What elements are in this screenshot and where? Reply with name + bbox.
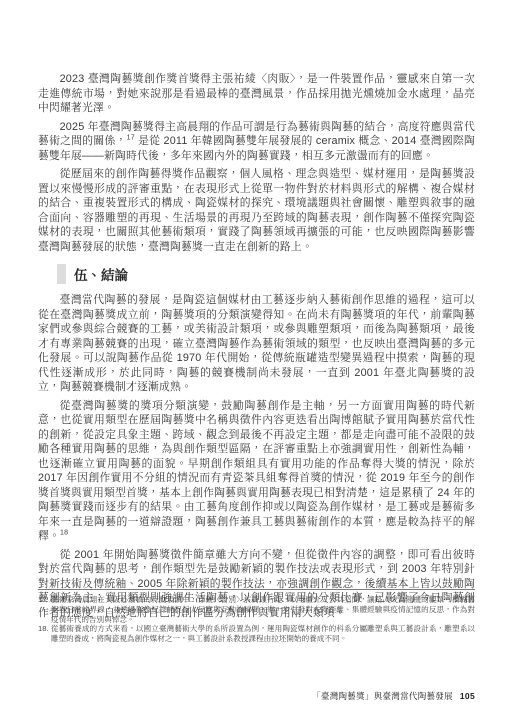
footnote-text: 從藝術養成的方式來看，以國立臺灣藝術大學的系所設置為例，運用陶瓷媒材創作的科系分… xyxy=(51,624,475,644)
body-text-area: 2023 臺灣陶藝獎創作獎首獎得主張祐綾〈肉販〉，是一件裝置作品，靈感來自第一次… xyxy=(38,72,475,624)
heading-marker-bar xyxy=(57,264,66,284)
section-heading-text: 伍、結論 xyxy=(74,264,128,284)
footnote-separator xyxy=(38,589,475,590)
paragraph-1: 2023 臺灣陶藝獎創作獎首獎得主張祐綾〈肉販〉，是一件裝置作品，靈感來自第一次… xyxy=(38,72,475,116)
running-title: 「臺灣陶藝獎」與臺灣當代陶藝發展 xyxy=(312,691,453,701)
footnote-18: 18. 從藝術養成的方式來看，以國立臺灣藝術大學的系所設置為例，運用陶瓷媒材創作… xyxy=(38,624,475,644)
page-number: 105 xyxy=(460,691,475,701)
footnote-text: 藝術家高晨翔在大阪心齋橋的行動表演中，穿戴〈告別〉於街頭行走，以身體介入公共空間… xyxy=(51,595,475,624)
footnote-number: 17. xyxy=(38,595,51,624)
footnote-ref-18: 18 xyxy=(60,529,68,536)
paragraph-2: 2025 年臺灣陶藝獎得主高晨翔的作品可謂是行為藝術與陶藝的結合，高度符應與當代… xyxy=(38,120,475,164)
paragraph-4: 臺灣當代陶藝的發展，是陶瓷這個媒材由工藝逐步納入藝術創作思維的過程，這可以從在臺… xyxy=(38,293,475,395)
document-page: 2023 臺灣陶藝獎創作獎首獎得主張祐綾〈肉販〉，是一件裝置作品，靈感來自第一次… xyxy=(0,0,512,724)
paragraph-3: 從歷屆來的創作陶藝得獎作品觀察，個人風格、理念與造型、媒材運用，是陶藝獎設置以來… xyxy=(38,167,475,254)
section-heading: 伍、結論 xyxy=(57,264,475,284)
footnote-ref-17: 17 xyxy=(127,134,135,141)
footnote-17: 17. 藝術家高晨翔在大阪心齋橋的行動表演中，穿戴〈告別〉於街頭行走，以身體介入… xyxy=(38,595,475,624)
running-footer: 「臺灣陶藝獎」與臺灣當代陶藝發展105 xyxy=(312,690,475,702)
paragraph-5: 從臺灣陶藝獎的獎項分類演變，鼓勵陶藝創作是主軸，另一方面實用陶藝的時代新意，也從… xyxy=(38,399,475,544)
footnotes-section: 17. 藝術家高晨翔在大阪心齋橋的行動表演中，穿戴〈告別〉於街頭行走，以身體介入… xyxy=(38,589,475,644)
paragraph-5-text: 從臺灣陶藝獎的獎項分類演變，鼓勵陶藝創作是主軸，另一方面實用陶藝的時代新意，也從… xyxy=(38,400,475,543)
footnote-number: 18. xyxy=(38,624,51,644)
